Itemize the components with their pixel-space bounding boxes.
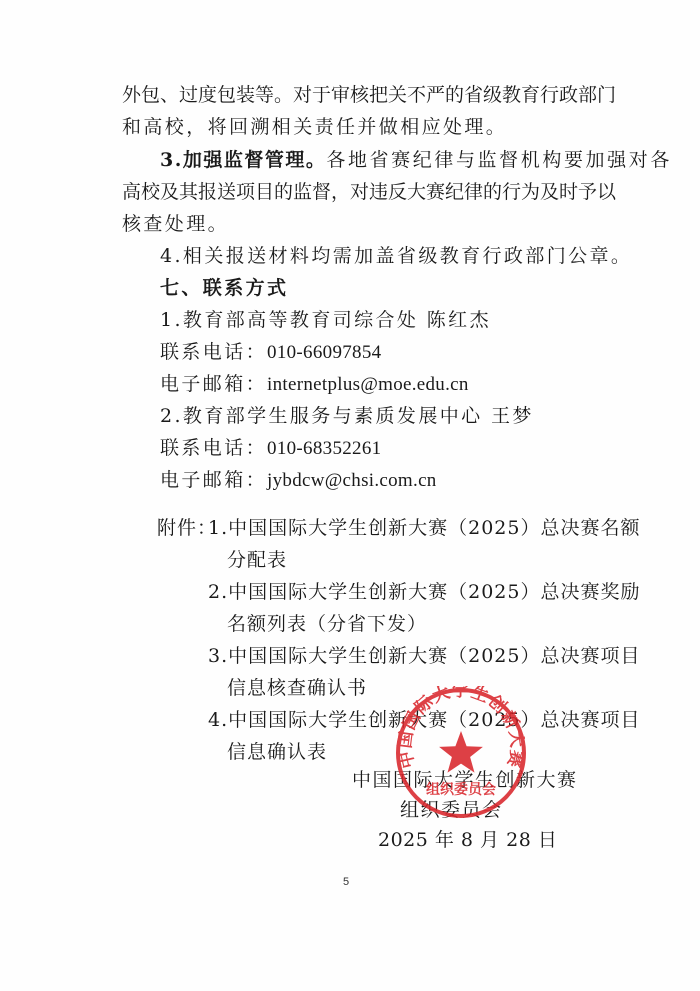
contact-phone-row: 联系电话：010-66097854 bbox=[160, 340, 381, 365]
section-heading-contact: 七、联系方式 bbox=[160, 276, 288, 300]
phone-label: 联系电话： bbox=[160, 437, 267, 459]
phone-number: 010-66097854 bbox=[267, 342, 381, 363]
attachment-item: 2.中国国际大学生创新大赛（2025）总决赛奖励 bbox=[208, 580, 640, 604]
attachment-item: 1.中国国际大学生创新大赛（2025）总决赛名额 bbox=[208, 516, 640, 540]
attachment-item-cont: 名额列表（分省下发） bbox=[227, 612, 427, 636]
contact-title: 1.教育部高等教育司综合处 陈红杰 bbox=[160, 308, 491, 332]
email-address[interactable]: internetplus@moe.edu.cn bbox=[267, 374, 469, 395]
item4-text: 4.相关报送材料均需加盖省级教育行政部门公章。 bbox=[160, 244, 632, 268]
paragraph-line: 核查处理。 bbox=[122, 212, 229, 236]
signature-date: 2025 年 8 月 28 日 bbox=[378, 828, 557, 852]
document-page: 外包、过度包装等。对于审核把关不严的省级教育行政部门 和高校，将回溯相关责任并做… bbox=[0, 0, 700, 991]
paragraph-line: 和高校，将回溯相关责任并做相应处理。 bbox=[122, 115, 507, 139]
item3-heading: 3.加强监督管理。 bbox=[160, 148, 326, 172]
contact-email-row: 电子邮箱：internetplus@moe.edu.cn bbox=[160, 372, 469, 397]
attachment-item-cont: 信息核查确认书 bbox=[227, 676, 367, 700]
phone-label: 联系电话： bbox=[160, 341, 267, 363]
attachment-item-cont: 分配表 bbox=[227, 548, 287, 572]
contact-phone-row: 联系电话：010-68352261 bbox=[160, 436, 381, 461]
phone-number: 010-68352261 bbox=[267, 438, 381, 459]
contact-title: 2.教育部学生服务与素质发展中心 王梦 bbox=[160, 404, 534, 428]
email-label: 电子邮箱： bbox=[160, 373, 267, 395]
contact-email-row: 电子邮箱：jybdcw@chsi.com.cn bbox=[160, 468, 437, 493]
item3-text: 各地省赛纪律与监督机构要加强对各 bbox=[326, 148, 672, 172]
attachment-item: 3.中国国际大学生创新大赛（2025）总决赛项目 bbox=[208, 644, 640, 668]
attachment-item-cont: 信息确认表 bbox=[227, 740, 327, 764]
stamp-bottom-text: 组织委员会 bbox=[426, 781, 496, 798]
paragraph-line: 外包、过度包装等。对于审核把关不严的省级教育行政部门 bbox=[122, 83, 578, 107]
paragraph-line: 高校及其报送项目的监督，对违反大赛纪律的行为及时予以 bbox=[122, 180, 578, 204]
page-number: 5 bbox=[343, 876, 349, 888]
item3-first-line: 3.加强监督管理。 各地省赛纪律与监督机构要加强对各 bbox=[160, 148, 578, 172]
official-seal-stamp: 中国国际大学生创新大赛 组织委员会 bbox=[394, 686, 528, 820]
email-address[interactable]: jybdcw@chsi.com.cn bbox=[267, 470, 437, 491]
email-label: 电子邮箱： bbox=[160, 469, 267, 491]
seal-icon: 中国国际大学生创新大赛 组织委员会 bbox=[394, 686, 528, 820]
